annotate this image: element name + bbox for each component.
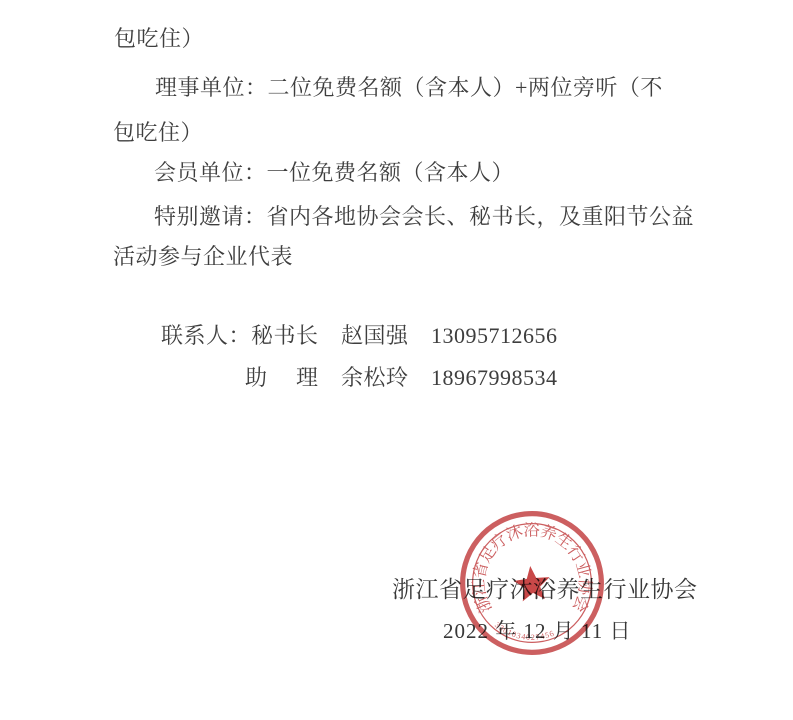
body-line-2: 理事单位：二位免费名额（含本人）+两位旁听（不: [155, 74, 663, 102]
contact-line-1: 联系人：秘书长 赵国强 13095712656: [161, 322, 558, 350]
body-line-5: 特别邀请：省内各地协会会长、秘书长，及重阳节公益: [154, 203, 694, 231]
contact-line-2: 助 理 余松玲 18967998534: [245, 364, 558, 392]
body-line-1: 包吃住）: [114, 25, 204, 53]
body-line-4: 会员单位：一位免费名额（含本人）: [154, 159, 514, 187]
body-line-6: 活动参与企业代表: [113, 243, 293, 271]
scanned-document-page: 包吃住） 理事单位：二位免费名额（含本人）+两位旁听（不 包吃住） 会员单位：一…: [0, 0, 793, 720]
signature-date: 2022 年 12 月 11 日: [443, 615, 631, 645]
body-line-3: 包吃住）: [113, 119, 203, 147]
signature-org: 浙江省足疗沐浴养生行业协会: [392, 571, 698, 604]
